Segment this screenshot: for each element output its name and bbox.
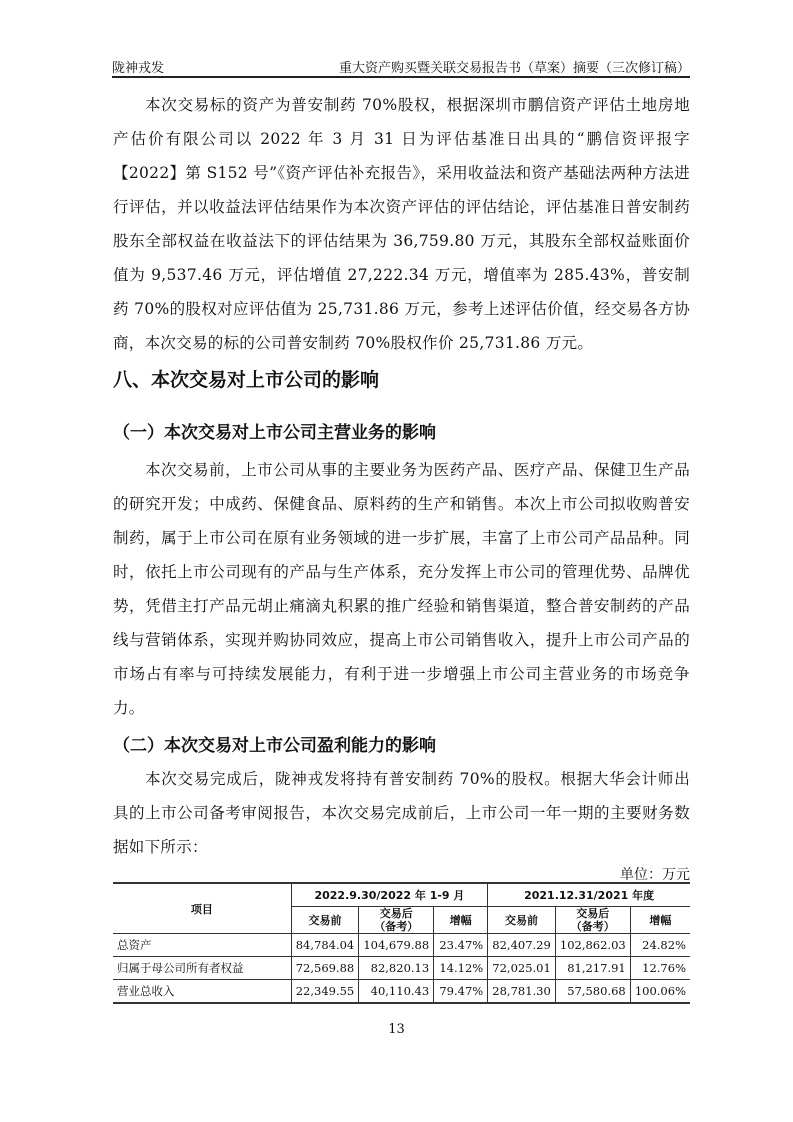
- header-change: 增幅: [434, 907, 488, 934]
- header-document-title: 重大资产购买暨关联交易报告书（草案）摘要（三次修订稿）: [339, 57, 690, 76]
- paragraph-profitability: 本次交易完成后，陇神戎发将持有普安制药 70%的股权。根据大华会计师出具的上市公…: [113, 762, 690, 864]
- subsection-heading-1: （一）本次交易对上市公司主营业务的影响: [113, 418, 436, 443]
- subsection-heading-2: （二）本次交易对上市公司盈利能力的影响: [113, 731, 436, 756]
- row-label: 归属于母公司所有者权益: [113, 957, 291, 980]
- cell-value: 14.12%: [434, 957, 488, 980]
- table-unit-label: 单位：万元: [620, 864, 690, 884]
- header-after: 交易后（备考）: [359, 907, 434, 934]
- cell-value: 23.47%: [434, 934, 488, 957]
- table-row: 总资产 84,784.04 104,679.88 23.47% 82,407.2…: [113, 934, 690, 957]
- header-period-2021: 2021.12.31/2021 年度: [488, 883, 690, 907]
- header-change: 增幅: [630, 907, 690, 934]
- cell-value: 100.06%: [630, 980, 690, 1004]
- cell-value: 79.47%: [434, 980, 488, 1004]
- cell-value: 81,217.91: [555, 957, 630, 980]
- paragraph-main-business: 本次交易前，上市公司从事的主要业务为医药产品、医疗产品、保健卫生产品的研究开发；…: [113, 453, 690, 725]
- cell-value: 57,580.68: [555, 980, 630, 1004]
- cell-value: 84,784.04: [291, 934, 359, 957]
- cell-value: 40,110.43: [359, 980, 434, 1004]
- cell-value: 72,569.88: [291, 957, 359, 980]
- row-label: 总资产: [113, 934, 291, 957]
- cell-value: 24.82%: [630, 934, 690, 957]
- cell-value: 12.76%: [630, 957, 690, 980]
- section-heading-8: 八、本次交易对上市公司的影响: [113, 365, 379, 392]
- header-period-2022: 2022.9.30/2022 年 1-9 月: [291, 883, 488, 907]
- table-row: 归属于母公司所有者权益 72,569.88 82,820.13 14.12% 7…: [113, 957, 690, 980]
- cell-value: 72,025.01: [488, 957, 556, 980]
- header-company-name: 陇神戎发: [112, 57, 164, 76]
- cell-value: 102,862.03: [555, 934, 630, 957]
- row-label: 营业总收入: [113, 980, 291, 1004]
- cell-value: 104,679.88: [359, 934, 434, 957]
- table-header-row-1: 项目 2022.9.30/2022 年 1-9 月 2021.12.31/202…: [113, 883, 690, 907]
- cell-value: 22,349.55: [291, 980, 359, 1004]
- cell-value: 28,781.30: [488, 980, 556, 1004]
- paragraph-valuation: 本次交易标的资产为普安制药 70%股权，根据深圳市鹏信资产评估土地房地产估价有限…: [113, 88, 690, 360]
- header-after: 交易后（备考）: [555, 907, 630, 934]
- cell-value: 82,407.29: [488, 934, 556, 957]
- page-header: 陇神戎发 重大资产购买暨关联交易报告书（草案）摘要（三次修订稿）: [112, 54, 690, 78]
- page-number: 13: [0, 1022, 793, 1037]
- header-before: 交易前: [291, 907, 359, 934]
- table-row: 营业总收入 22,349.55 40,110.43 79.47% 28,781.…: [113, 980, 690, 1004]
- header-item: 项目: [113, 883, 291, 934]
- cell-value: 82,820.13: [359, 957, 434, 980]
- financial-data-table: 项目 2022.9.30/2022 年 1-9 月 2021.12.31/202…: [113, 882, 690, 1004]
- header-before: 交易前: [488, 907, 556, 934]
